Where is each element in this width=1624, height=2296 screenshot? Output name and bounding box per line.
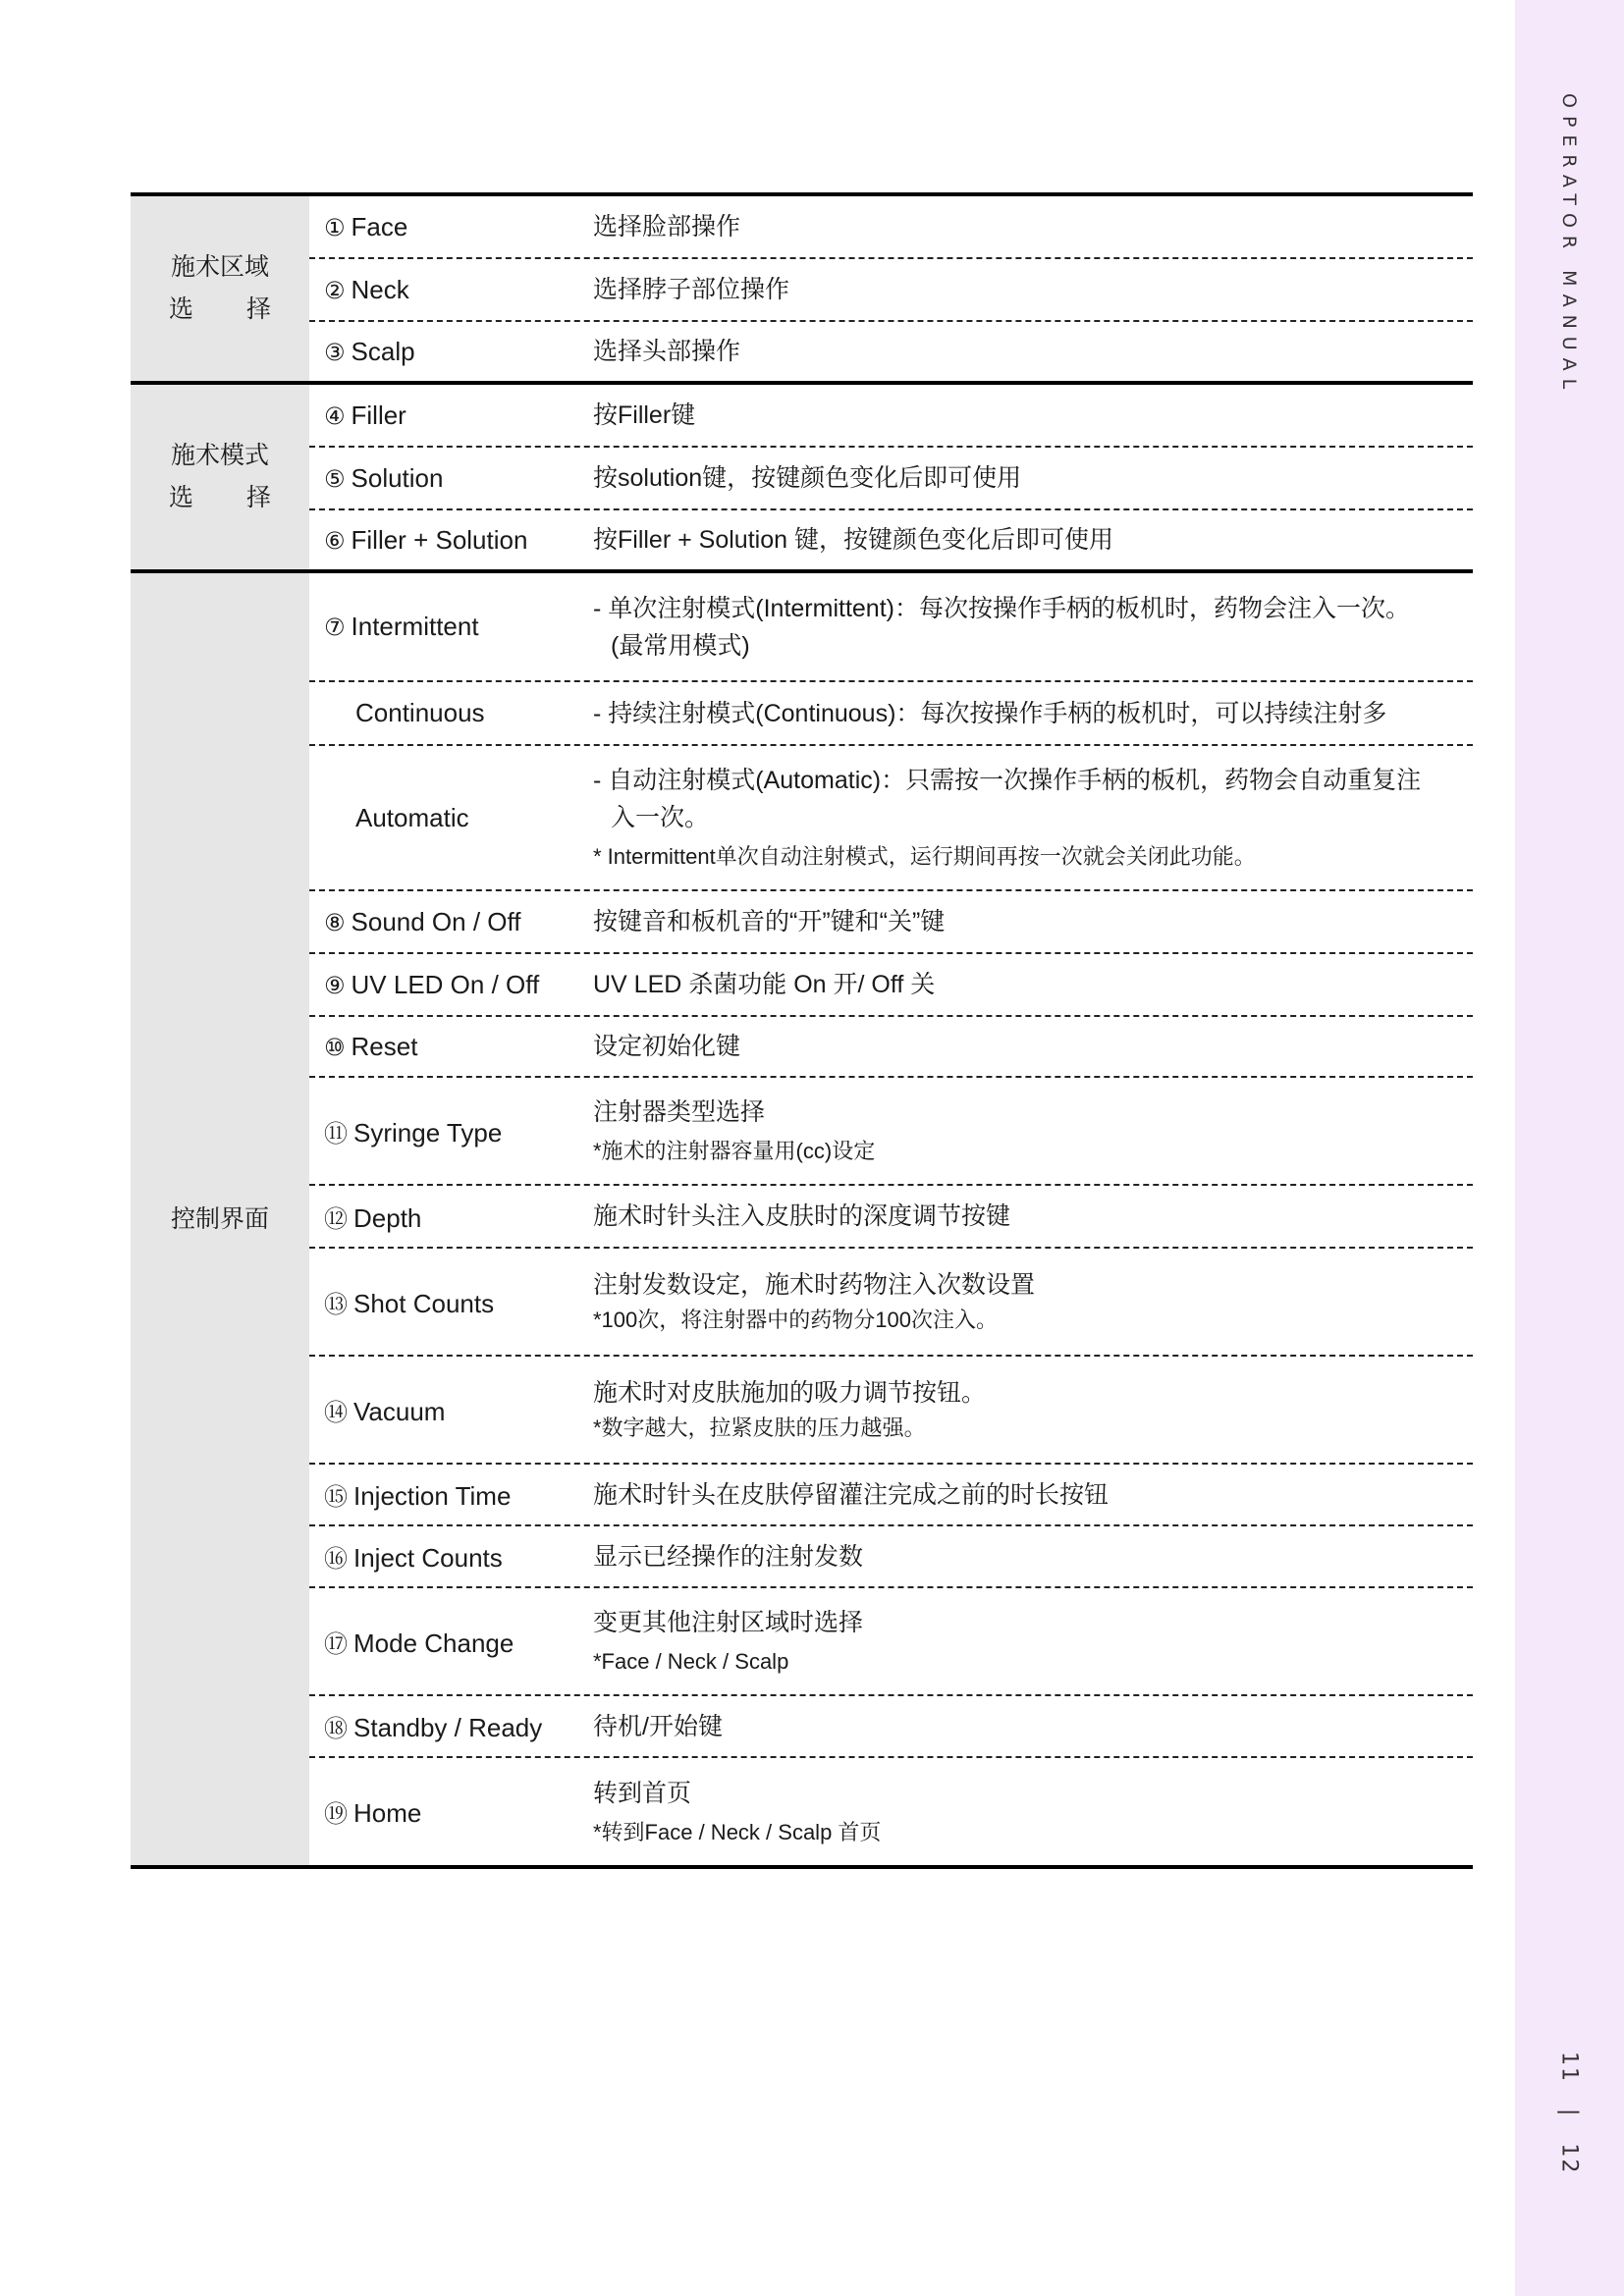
category-label: 施术模式 bbox=[171, 435, 269, 477]
row-description: 转到首页 *转到Face / Neck / Scalp 首页 bbox=[593, 1775, 1473, 1849]
circled-number: ② bbox=[324, 277, 346, 304]
row-description: 按Filler + Solution 键，按键颜色变化后即可使用 bbox=[593, 521, 1473, 559]
label-text: Vacuum bbox=[353, 1397, 445, 1426]
circled-number: ⑰ bbox=[324, 1625, 348, 1659]
table-row: Continuous - 持续注射模式(Continuous)：每次按操作手柄的… bbox=[309, 680, 1473, 744]
circled-number: ④ bbox=[324, 402, 346, 430]
page-separator: | bbox=[1557, 2109, 1582, 2117]
desc-line: - 自动注射模式(Automatic)：只需按一次操作手柄的板机，药物会自动重复… bbox=[593, 762, 1467, 799]
label-text: Inject Counts bbox=[353, 1543, 503, 1573]
row-label: ⑮Injection Time bbox=[309, 1477, 593, 1512]
desc-line: 注射器类型选择 bbox=[593, 1094, 1467, 1131]
desc-line: 注射发数设定，施术时药物注入次数设置 bbox=[593, 1266, 1467, 1304]
row-label: ⑯Inject Counts bbox=[309, 1539, 593, 1574]
circled-number: ⑥ bbox=[324, 527, 346, 555]
circled-number: ⑦ bbox=[324, 614, 346, 641]
row-description: 施术时针头注入皮肤时的深度调节按键 bbox=[593, 1198, 1473, 1235]
row-label: ⑫Depth bbox=[309, 1200, 593, 1234]
row-label: ⑱Standby / Ready bbox=[309, 1709, 593, 1743]
row-label: ⑨UV LED On / Off bbox=[309, 970, 593, 1000]
table-row: ⑭Vacuum 施术时对皮肤施加的吸力调节按钮。 *数字越大，拉紧皮肤的压力越强… bbox=[309, 1355, 1473, 1463]
desc-note: *100次，将注射器中的药物分100次注入。 bbox=[593, 1304, 1467, 1337]
row-description: 设定初始化键 bbox=[593, 1028, 1473, 1065]
page-left: 11 bbox=[1557, 2052, 1582, 2083]
desc-line: - 单次注射模式(Intermittent)：每次按操作手柄的板机时，药物会注入… bbox=[593, 590, 1467, 627]
table-row: ①Face 选择脸部操作 bbox=[309, 196, 1473, 257]
label-text: Filler bbox=[352, 400, 406, 430]
category-cell: 控制界面 bbox=[131, 573, 309, 1865]
category-label: 施术区域 bbox=[171, 246, 269, 289]
label-text: Syringe Type bbox=[353, 1118, 502, 1148]
label-text: Home bbox=[353, 1798, 421, 1828]
table-row: ③Scalp 选择头部操作 bbox=[309, 320, 1473, 381]
circled-number: ⑯ bbox=[324, 1539, 348, 1574]
row-description: 待机/开始键 bbox=[593, 1708, 1473, 1745]
row-description: 按solution键，按键颜色变化后即可使用 bbox=[593, 459, 1473, 497]
circled-number: ⑲ bbox=[324, 1794, 348, 1829]
circled-number: ⑮ bbox=[324, 1477, 348, 1512]
row-label: ⑪Syringe Type bbox=[309, 1114, 593, 1148]
row-label: ⑦Intermittent bbox=[309, 612, 593, 642]
label-text: Sound On / Off bbox=[352, 907, 521, 936]
table-row: ⑰Mode Change 变更其他注射区域时选择 *Face / Neck / … bbox=[309, 1586, 1473, 1694]
function-table: 施术区域 选 择 ①Face 选择脸部操作 ②Neck 选择脖子部位操作 ③Sc… bbox=[131, 192, 1473, 1869]
circled-number: ⑬ bbox=[324, 1285, 348, 1319]
label-text: Injection Time bbox=[353, 1481, 511, 1511]
row-description: 按Filler键 bbox=[593, 397, 1473, 434]
table-row: ⑱Standby / Ready 待机/开始键 bbox=[309, 1694, 1473, 1756]
table-row: ⑧Sound On / Off 按键音和板机音的“开”键和“关”键 bbox=[309, 889, 1473, 952]
category-cell: 施术区域 选 择 bbox=[131, 196, 309, 381]
circled-number: ③ bbox=[324, 339, 346, 366]
label-text: Reset bbox=[352, 1032, 418, 1061]
row-label: ②Neck bbox=[309, 275, 593, 305]
table-row: ⑮Injection Time 施术时针头在皮肤停留灌注完成之前的时长按钮 bbox=[309, 1463, 1473, 1524]
table-row: ⑩Reset 设定初始化键 bbox=[309, 1015, 1473, 1076]
desc-line: 转到首页 bbox=[593, 1775, 1467, 1812]
page-right: 12 bbox=[1557, 2143, 1582, 2174]
row-label: ③Scalp bbox=[309, 337, 593, 367]
row-description: 按键音和板机音的“开”键和“关”键 bbox=[593, 903, 1473, 940]
row-label: ⑭Vacuum bbox=[309, 1393, 593, 1427]
label-text: Scalp bbox=[352, 337, 415, 366]
manual-title: OPERATOR MANUAL bbox=[1558, 93, 1580, 397]
label-text: Mode Change bbox=[353, 1629, 514, 1658]
label-text: Automatic bbox=[355, 803, 469, 832]
label-text: Standby / Ready bbox=[353, 1713, 542, 1742]
row-description: 选择头部操作 bbox=[593, 333, 1473, 370]
label-text: Face bbox=[352, 212, 408, 241]
desc-line: 变更其他注射区域时选择 bbox=[593, 1604, 1467, 1641]
table-row: ②Neck 选择脖子部位操作 bbox=[309, 257, 1473, 320]
page-number: 11|12 bbox=[1557, 2052, 1582, 2174]
row-description: - 持续注射模式(Continuous)：每次按操作手柄的板机时，可以持续注射多 bbox=[593, 695, 1473, 732]
label-text: UV LED On / Off bbox=[352, 970, 540, 999]
table-row: ⑨UV LED On / Off UV LED 杀菌功能 On 开/ Off 关 bbox=[309, 952, 1473, 1015]
desc-line: 入一次。 bbox=[593, 799, 1467, 836]
table-row: Automatic - 自动注射模式(Automatic)：只需按一次操作手柄的… bbox=[309, 744, 1473, 889]
category-label-line2: 选 择 bbox=[169, 477, 271, 519]
category-char: 选 bbox=[169, 477, 193, 519]
row-description: 显示已经操作的注射发数 bbox=[593, 1538, 1473, 1575]
table-row: ⑬Shot Counts 注射发数设定，施术时药物注入次数设置 *100次，将注… bbox=[309, 1247, 1473, 1355]
desc-note: *数字越大，拉紧皮肤的压力越强。 bbox=[593, 1412, 1467, 1445]
label-text: Intermittent bbox=[352, 612, 479, 641]
category-label-line2: 选 择 bbox=[169, 289, 271, 331]
table-row: ⑦Intermittent - 单次注射模式(Intermittent)：每次按… bbox=[309, 573, 1473, 680]
category-char: 择 bbox=[246, 289, 271, 331]
table-row: ⑪Syringe Type 注射器类型选择 *施术的注射器容量用(cc)设定 bbox=[309, 1076, 1473, 1184]
section-treatment-mode: 施术模式 选 择 ④Filler 按Filler键 ⑤Solution 按sol… bbox=[131, 381, 1473, 569]
label-text: Continuous bbox=[355, 698, 485, 727]
circled-number: ⑱ bbox=[324, 1709, 348, 1743]
row-description: 变更其他注射区域时选择 *Face / Neck / Scalp bbox=[593, 1604, 1473, 1679]
row-label: ⑰Mode Change bbox=[309, 1625, 593, 1659]
sidebar-band: OPERATOR MANUAL 11|12 bbox=[1515, 0, 1624, 2296]
row-label: ⑩Reset bbox=[309, 1032, 593, 1062]
circled-number: ⑪ bbox=[324, 1114, 348, 1148]
circled-number: ⑩ bbox=[324, 1034, 346, 1061]
table-row: ⑤Solution 按solution键，按键颜色变化后即可使用 bbox=[309, 446, 1473, 508]
desc-note: *施术的注射器容量用(cc)设定 bbox=[593, 1135, 1467, 1168]
category-char: 选 bbox=[169, 289, 193, 331]
desc-note: * Intermittent单次自动注射模式，运行期间再按一次就会关闭此功能。 bbox=[593, 840, 1467, 874]
circled-number: ⑨ bbox=[324, 972, 346, 999]
circled-number: ⑫ bbox=[324, 1200, 348, 1234]
row-description: 施术时针头在皮肤停留灌注完成之前的时长按钮 bbox=[593, 1476, 1473, 1514]
category-label: 控制界面 bbox=[171, 1199, 269, 1241]
table-row: ⑲Home 转到首页 *转到Face / Neck / Scalp 首页 bbox=[309, 1756, 1473, 1865]
row-label: ⑤Solution bbox=[309, 463, 593, 494]
row-description: UV LED 杀菌功能 On 开/ Off 关 bbox=[593, 966, 1473, 1003]
table-row: ⑯Inject Counts 显示已经操作的注射发数 bbox=[309, 1524, 1473, 1586]
table-row: ⑫Depth 施术时针头注入皮肤时的深度调节按键 bbox=[309, 1184, 1473, 1247]
row-label: Automatic bbox=[309, 803, 593, 833]
category-char: 择 bbox=[246, 477, 271, 519]
desc-line: 施术时对皮肤施加的吸力调节按钮。 bbox=[593, 1374, 1467, 1412]
row-label: ④Filler bbox=[309, 400, 593, 431]
desc-note: *Face / Neck / Scalp bbox=[593, 1645, 1467, 1679]
label-text: Neck bbox=[352, 275, 409, 304]
desc-line: (最常用模式) bbox=[593, 627, 1467, 665]
label-text: Shot Counts bbox=[353, 1289, 494, 1318]
circled-number: ⑧ bbox=[324, 909, 346, 936]
row-label: ⑬Shot Counts bbox=[309, 1285, 593, 1319]
row-description: 注射器类型选择 *施术的注射器容量用(cc)设定 bbox=[593, 1094, 1473, 1168]
row-description: - 单次注射模式(Intermittent)：每次按操作手柄的板机时，药物会注入… bbox=[593, 590, 1473, 665]
label-text: Depth bbox=[353, 1203, 421, 1233]
label-text: Filler + Solution bbox=[352, 525, 528, 555]
section-control-interface: 控制界面 ⑦Intermittent - 单次注射模式(Intermittent… bbox=[131, 569, 1473, 1869]
row-description: 注射发数设定，施术时药物注入次数设置 *100次，将注射器中的药物分100次注入… bbox=[593, 1266, 1473, 1337]
row-description: 选择脖子部位操作 bbox=[593, 271, 1473, 308]
row-label: ⑧Sound On / Off bbox=[309, 907, 593, 937]
circled-number: ⑤ bbox=[324, 465, 346, 493]
circled-number: ⑭ bbox=[324, 1393, 348, 1427]
desc-note: *转到Face / Neck / Scalp 首页 bbox=[593, 1816, 1467, 1849]
label-text: Solution bbox=[352, 463, 444, 493]
row-label: ⑲Home bbox=[309, 1794, 593, 1829]
row-label: ⑥Filler + Solution bbox=[309, 525, 593, 556]
row-label: ①Face bbox=[309, 212, 593, 242]
row-description: 施术时对皮肤施加的吸力调节按钮。 *数字越大，拉紧皮肤的压力越强。 bbox=[593, 1374, 1473, 1445]
row-label: Continuous bbox=[309, 698, 593, 728]
row-description: - 自动注射模式(Automatic)：只需按一次操作手柄的板机，药物会自动重复… bbox=[593, 762, 1473, 874]
category-cell: 施术模式 选 择 bbox=[131, 385, 309, 569]
row-description: 选择脸部操作 bbox=[593, 208, 1473, 245]
table-row: ⑥Filler + Solution 按Filler + Solution 键，… bbox=[309, 508, 1473, 569]
section-treatment-area: 施术区域 选 择 ①Face 选择脸部操作 ②Neck 选择脖子部位操作 ③Sc… bbox=[131, 192, 1473, 381]
table-row: ④Filler 按Filler键 bbox=[309, 385, 1473, 446]
circled-number: ① bbox=[324, 214, 346, 241]
